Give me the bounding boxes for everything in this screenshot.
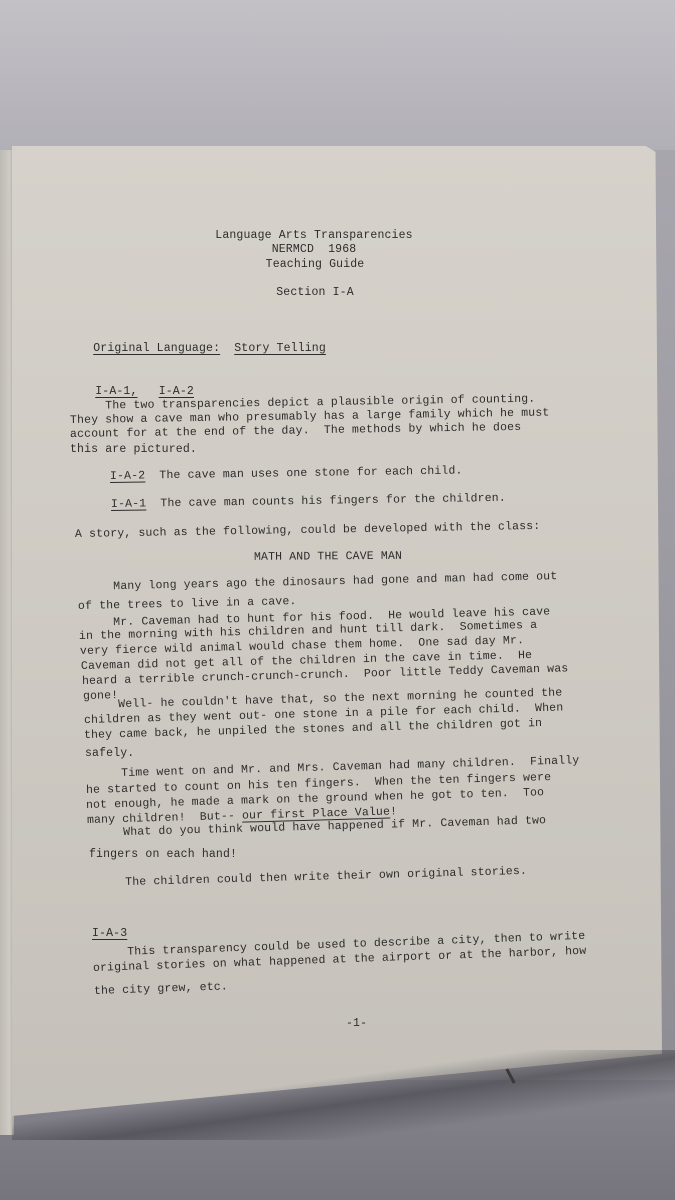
ref-i-a-3: I-A-3	[92, 927, 127, 940]
story-line: of the trees to live in a cave.	[78, 595, 297, 613]
section-2-line: the city grew, etc.	[94, 980, 228, 998]
topic-line: Original Language: Story Telling	[65, 329, 326, 368]
item-ref: I-A-2	[110, 469, 145, 483]
story-line: Many long years ago the dinosaurs had go…	[78, 570, 558, 594]
document-org-year: NERMCD 1968	[214, 243, 414, 256]
document-subtitle: Teaching Guide	[215, 258, 415, 271]
item-text: The cave man counts his fingers for the …	[160, 492, 506, 510]
closing-line: The children could then write their own …	[90, 865, 527, 890]
topic-value: Story Telling	[234, 342, 326, 355]
document-text: Language Arts Transparencies NERMCD 1968…	[0, 0, 675, 1200]
item-i-a-2: I-A-2 The cave man uses one stone for ea…	[110, 464, 463, 483]
story-title: MATH AND THE CAVE MAN	[228, 550, 428, 564]
question-line: fingers on each hand!	[89, 848, 237, 861]
intro-line: this are pictured.	[70, 443, 197, 456]
story-line: safely.	[85, 747, 134, 760]
place-value-suffix: !	[390, 805, 397, 818]
page-number: -1-	[346, 1017, 367, 1030]
item-i-a-1: I-A-1 The cave man counts his fingers fo…	[111, 492, 506, 511]
document-section: Section I-A	[215, 286, 415, 299]
item-text: The cave man uses one stone for each chi…	[159, 464, 462, 482]
ref-i-a-2: I-A-2	[159, 385, 194, 398]
document-title: Language Arts Transparencies	[214, 229, 414, 242]
item-ref: I-A-1	[111, 497, 146, 511]
topic-label: Original Language:	[93, 342, 220, 355]
story-intro: A story, such as the following, could be…	[75, 520, 541, 541]
ref-i-a-1: I-A-1,	[95, 385, 137, 398]
